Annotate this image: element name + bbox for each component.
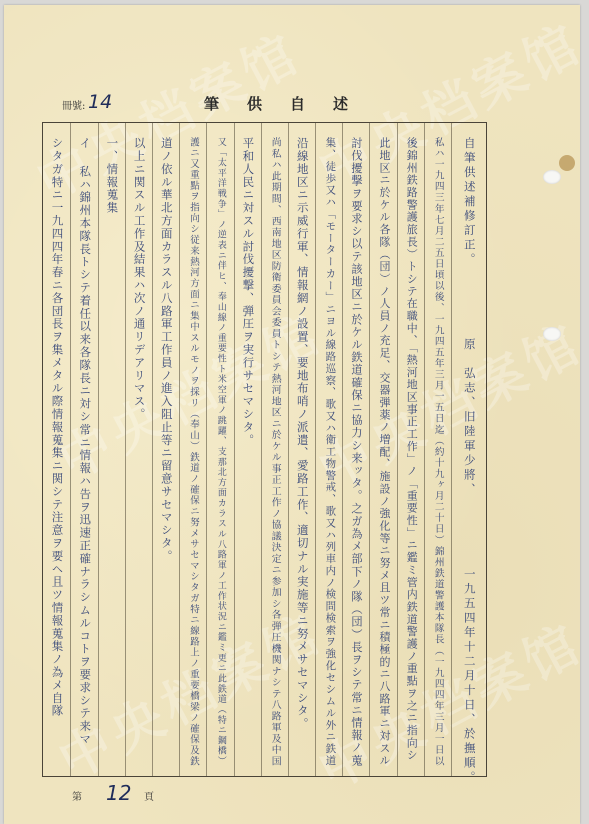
author-text: 原 弘志、旧陸軍少將、 (463, 338, 475, 498)
column-text: 又「太平洋戦争」ノ逆表ニ伴ヒ、奉山線ノ重要性ト米空軍ノ跳躍、支那北方面カラスル八… (216, 137, 225, 767)
punch-hole (543, 327, 561, 341)
form-title: 筆供自述 (204, 93, 376, 114)
page-label-prefix: 第 (72, 788, 82, 803)
column-text: 此地区ニ於ケル各隊（団）ノ人員ノ充足、交器弾薬ノ増配、施設ノ強化等ニ努メ且ツ常ニ… (378, 137, 389, 767)
column: 又「太平洋戦争」ノ逆表ニ伴ヒ、奉山線ノ重要性ト米空軍ノ跳躍、支那北方面カラスル八… (206, 123, 233, 776)
section-heading: 一、情報蒐集 (106, 137, 118, 214)
page-number: 12 (106, 781, 131, 805)
column: イ 私ハ錦州本隊長トシテ着任以来各隊長ニ対シ常ニ情報ハ告ヲ迅速正確ナラシムルコト… (70, 123, 97, 776)
date-place-text: 一九五四年十二月十日、於撫順。 (463, 568, 475, 786)
column-text: 平和人民ニ対スル討伐擾撃、弾圧ヲ実行サセマシタ。 (242, 137, 254, 447)
column-text: 集、徒歩又ハ「モーターカー」ニヨル線路巡察、歌又ハ衛工物警戒、歌又ハ列車内ノ検問… (324, 137, 334, 767)
page-label-suffix: 頁 (144, 788, 154, 803)
page-footer: 第 12 頁 (72, 782, 272, 806)
stain-mark (559, 155, 575, 171)
column: 以上ニ関スル工作及結果ハ次ノ通リデアリマス。 (125, 123, 152, 776)
column-text: 私ハ一九四三年七月二五日頃以後、一九四五年三月一五日迄（約十九ヶ月二十日）錦州鉄… (433, 137, 443, 767)
column-text: 尚私ハ此期間、西南地区防衛委員会委員トシテ熱河地区ニ於ケル事正工作ノ協議決定ニ参… (270, 137, 280, 767)
column: 尚私ハ此期間、西南地区防衛委員会委員トシテ熱河地区ニ於ケル事正工作ノ協議決定ニ参… (261, 123, 288, 776)
column: 沿線地区ニ示威行軍、情報網ノ設置、要地布哨ノ派遣、愛路工作、適切ナル実施等ニ努メ… (288, 123, 315, 776)
column-title-signature: 自筆供述補修訂正。 原 弘志、旧陸軍少將、 一九五四年十二月十日、於撫順。 (451, 123, 486, 776)
column-text: 護ニ又重點ヲ指向シ従来熱河方面ニ集中スルモノヲ採リ（奉山）鉄道ノ確保ニ努メサセマ… (188, 137, 197, 767)
manuscript-grid: 自筆供述補修訂正。 原 弘志、旧陸軍少將、 一九五四年十二月十日、於撫順。 私ハ… (42, 122, 487, 777)
column: 護ニ又重點ヲ指向シ従来熱河方面ニ集中スルモノヲ採リ（奉山）鉄道ノ確保ニ努メサセマ… (179, 123, 206, 776)
column: 討伐擾撃ヲ要求シ以テ該地区ニ於ケル鉄道確保ニ協力シ来ッタ。之ガ為メ部下ノ隊（団）… (342, 123, 369, 776)
column-text: 討伐擾撃ヲ要求シ以テ該地区ニ於ケル鉄道確保ニ協力シ来ッタ。之ガ為メ部下ノ隊（団）… (351, 137, 362, 767)
column: 後錦州鉄路警護旅長）トシテ在職中、「熱河地区事正工作」ノ「重要性」ニ鑑ミ管内鉄道… (397, 123, 424, 776)
column: 此地区ニ於ケル各隊（団）ノ人員ノ充足、交器弾薬ノ増配、施設ノ強化等ニ努メ且ツ常ニ… (369, 123, 396, 776)
volume-label: 冊號: (62, 97, 85, 112)
form-header: 冊號: 14 筆供自述 (62, 94, 482, 116)
column-text: 後錦州鉄路警護旅長）トシテ在職中、「熱河地区事正工作」ノ「重要性」ニ鑑ミ管内鉄道… (405, 137, 416, 761)
column: シタガ特ニ一九四四年春ニ各団長ヲ集メタル際情報蒐集ニ関シテ注意ヲ要ヘ且ツ情報蒐集… (43, 123, 70, 776)
column: 集、徒歩又ハ「モーターカー」ニヨル線路巡察、歌又ハ衛工物警戒、歌又ハ列車内ノ検問… (315, 123, 342, 776)
column-text: 以上ニ関スル工作及結果ハ次ノ通リデアリマス。 (133, 137, 145, 421)
column: 私ハ一九四三年七月二五日頃以後、一九四五年三月一五日迄（約十九ヶ月二十日）錦州鉄… (424, 123, 451, 776)
column: 平和人民ニ対スル討伐擾撃、弾圧ヲ実行サセマシタ。 (234, 123, 261, 776)
column-section-heading: 一、情報蒐集 (98, 123, 125, 776)
column-text: 沿線地区ニ示威行軍、情報網ノ設置、要地布哨ノ派遣、愛路工作、適切ナル実施等ニ努メ… (296, 137, 308, 730)
punch-hole (543, 170, 561, 184)
title-text: 自筆供述補修訂正。 (463, 137, 475, 268)
column-text: シタガ特ニ一九四四年春ニ各団長ヲ集メタル際情報蒐集ニ関シテ注意ヲ要ヘ且ツ情報蒐集… (51, 137, 63, 718)
column-text: イ 私ハ錦州本隊長トシテ着任以来各隊長ニ対シ常ニ情報ハ告ヲ迅速正確ナラシムルコト… (79, 137, 91, 746)
column: 道ノ依ル華北方面カラスル八路軍工作員ノ進入阻止等ニ留意サセマシタ。 (152, 123, 179, 776)
volume-number: 14 (88, 91, 112, 113)
column-text: 道ノ依ル華北方面カラスル八路軍工作員ノ進入阻止等ニ留意サセマシタ。 (160, 137, 172, 563)
